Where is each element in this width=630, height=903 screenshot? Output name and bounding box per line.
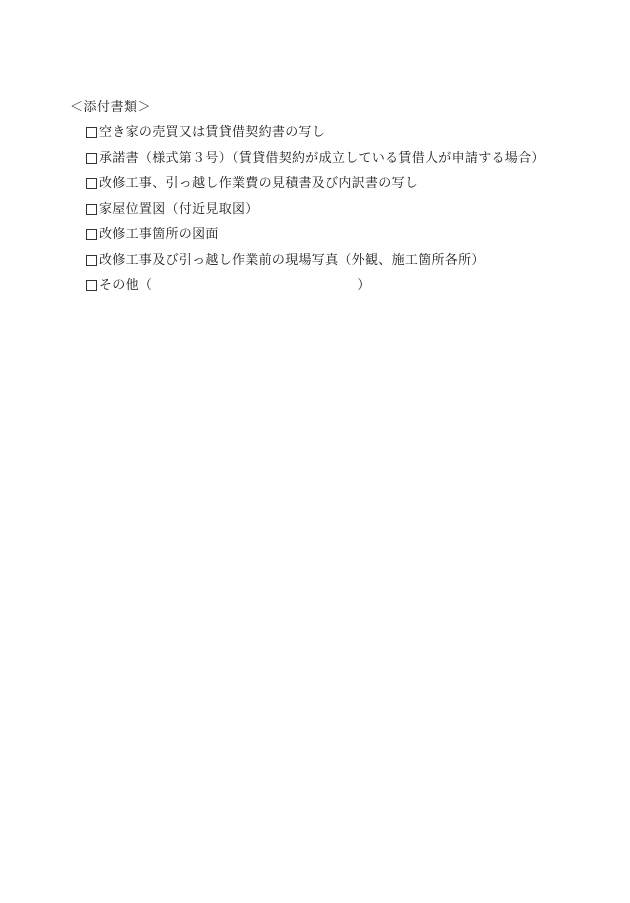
checklist-item: 承諾書（様式第３号）（賃貸借契約が成立している賃借人が申請する場合） (86, 150, 545, 176)
document-page: ＜添付書類＞ 空き家の売買又は賃貸借契約書の写し 承諾書（様式第３号）（賃貸借契… (0, 0, 630, 903)
attachments-checklist: 空き家の売買又は賃貸借契約書の写し 承諾書（様式第３号）（賃貸借契約が成立してい… (86, 124, 545, 303)
checklist-item-label: 空き家の売買又は賃貸借契約書の写し (99, 124, 325, 142)
checkbox[interactable] (86, 178, 97, 189)
checklist-item-label: 改修工事箇所の図面 (99, 226, 219, 244)
checklist-item: 改修工事箇所の図面 (86, 226, 545, 252)
checklist-item-other: その他（ ） (86, 277, 545, 303)
checkbox[interactable] (86, 153, 97, 164)
checklist-item: 改修工事、引っ越し作業費の見積書及び内訳書の写し (86, 175, 545, 201)
checkbox[interactable] (86, 229, 97, 240)
checkbox[interactable] (86, 280, 97, 291)
other-label: その他（ (99, 277, 152, 295)
checklist-item-label: 改修工事、引っ越し作業費の見積書及び内訳書の写し (99, 175, 418, 193)
other-close-paren: ） (357, 277, 370, 295)
checklist-item-label: 家屋位置図（付近見取図） (99, 201, 259, 219)
checkbox[interactable] (86, 255, 97, 266)
checklist-item: 空き家の売買又は賃貸借契約書の写し (86, 124, 545, 150)
checkbox[interactable] (86, 204, 97, 215)
attachments-heading: ＜添付書類＞ (70, 96, 151, 115)
checkbox[interactable] (86, 127, 97, 138)
checklist-item-label: 承諾書（様式第３号）（賃貸借契約が成立している賃借人が申請する場合） (99, 150, 545, 168)
checklist-item: 家屋位置図（付近見取図） (86, 201, 545, 227)
checklist-item: 改修工事及び引っ越し作業前の現場写真（外観、施工箇所各所） (86, 252, 545, 278)
checklist-item-label: 改修工事及び引っ越し作業前の現場写真（外観、施工箇所各所） (99, 252, 485, 270)
